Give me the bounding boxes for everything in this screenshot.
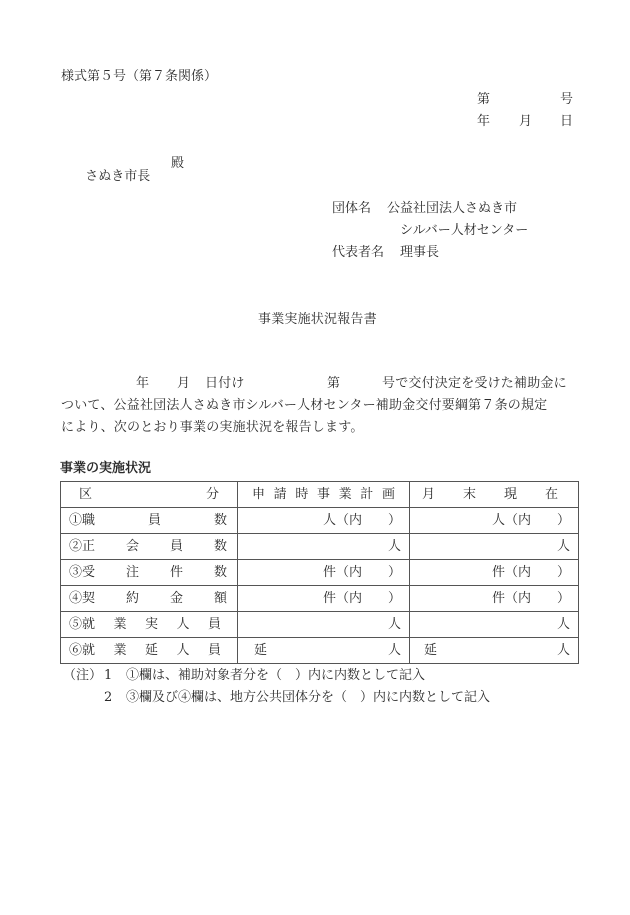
row-label: ④契 約 金 額 [61,586,238,612]
addressee: さぬき市長 殿 [77,157,150,196]
current-value-field[interactable]: 件（内） [410,586,579,612]
header-plan-char: 計 [360,488,373,501]
current-close-paren: ） [557,565,570,580]
label-char: ⑥就 [69,644,95,657]
header-current-char: 末 [463,488,476,501]
label-char: 数 [214,540,227,553]
rep-label: 代表者名 [332,246,384,259]
header-plan-char: 請 [274,488,287,501]
label-char: 実 [145,618,158,631]
table-header-row: 区 分 申 請 時 事 業 計 画 月 末 現 在 [61,482,579,508]
doc-number-suffix: 号 [560,93,573,106]
current-unit: 人 [557,617,570,632]
current-value-field[interactable]: 延 人 [410,638,579,664]
header-plan-char: 業 [339,488,352,501]
label-char: 注 [126,566,139,579]
label-char: 金 [170,592,183,605]
doc-number-prefix: 第 [477,93,490,106]
header-plan-char: 時 [295,488,308,501]
label-char: 員 [170,540,183,553]
current-value-field[interactable]: 人 [410,534,579,560]
row-label: ②正 会 員 数 [61,534,238,560]
label-char: 人 [176,618,189,631]
plan-unit: 件（内 [323,565,362,580]
header-category: 区 分 [61,482,238,508]
row-label: ③受 注 件 数 [61,560,238,586]
label-char: 員 [148,514,161,527]
rep-title: 理事長 [400,246,439,259]
header-plan-char: 申 [252,488,265,501]
page-title: 事業実施状況報告書 [258,313,377,326]
body-year: 年 [136,377,149,390]
header-category-char: 分 [206,488,219,501]
label-char: 数 [214,514,227,527]
plan-close-paren: ） [388,513,401,528]
date-month: 月 [519,115,532,128]
organization-block: 団体名 公益社団法人さぬき市 シルバー人材センター 代表者名 理事長 [332,202,572,272]
plan-value-field[interactable]: 件（内） [238,586,410,612]
label-char: ②正 [69,540,95,553]
note-text: ③欄及び④欄は、地方公共団体分を（ ）内に内数として記入 [126,691,490,704]
current-unit: 人 [557,539,570,554]
table-row: ⑥就 業 延 人 員 延 人 延 人 [61,638,579,664]
current-value-field[interactable]: 人（内） [410,508,579,534]
plan-close-paren: ） [388,591,401,606]
document-number: 第 号 [477,93,572,108]
label-char: 延 [145,644,158,657]
plan-close-paren: ） [388,565,401,580]
plan-value-field[interactable]: 件（内） [238,560,410,586]
label-char: 人 [176,644,189,657]
label-char: 件 [170,566,183,579]
table-row: ②正 会 員 数 人 人 [61,534,579,560]
notes: （注） 1 ①欄は、補助対象者分を（ ）内に内数として記入 2 ③欄及び④欄は、… [63,669,583,709]
current-unit: 件（内 [492,565,531,580]
plan-unit: 件（内 [323,591,362,606]
label-char: 約 [126,592,139,605]
label-char: 額 [214,592,227,605]
header-plan-char: 画 [382,488,395,501]
plan-unit: 人 [388,539,401,554]
plan-prefix: 延 [254,644,267,657]
plan-value-field[interactable]: 人（内） [238,508,410,534]
current-unit: 件（内 [492,591,531,606]
label-char: 業 [113,644,126,657]
header-current-char: 現 [504,488,517,501]
body-line1-rest: 号で交付決定を受けた補助金に [382,377,567,390]
header-category-char: 区 [79,488,92,501]
label-char: 会 [126,540,139,553]
body-day-dated: 日付け [205,377,245,390]
label-char: ⑤就 [69,618,95,631]
row-label: ⑥就 業 延 人 員 [61,638,238,664]
header-plan: 申 請 時 事 業 計 画 [238,482,410,508]
body-month: 月 [177,377,190,390]
header-plan-char: 事 [317,488,330,501]
note-number: 1 [104,669,112,682]
addressee-honorific: 殿 [171,157,184,170]
current-close-paren: ） [557,513,570,528]
addressee-name: さぬき市長 [85,169,150,184]
current-close-paren: ） [557,591,570,606]
label-char: 数 [214,566,227,579]
date-year: 年 [477,115,490,128]
current-value-field[interactable]: 人 [410,612,579,638]
plan-value-field[interactable]: 人 [238,534,410,560]
note-number: 2 [104,691,112,704]
table-row: ④契 約 金 額 件（内） 件（内） [61,586,579,612]
plan-value-field[interactable]: 人 [238,612,410,638]
form-number: 様式第５号（第７条関係） [61,70,217,83]
header-current-char: 月 [422,488,435,501]
plan-unit: 人 [388,617,401,632]
org-label: 団体名 [332,202,371,215]
row-label: ⑤就 業 実 人 員 [61,612,238,638]
label-char: ③受 [69,566,95,579]
org-name-line1: 公益社団法人さぬき市 [387,202,517,215]
label-char: 業 [113,618,126,631]
current-unit: 人 [557,644,570,657]
row-label: ①職 員 数 [61,508,238,534]
current-value-field[interactable]: 件（内） [410,560,579,586]
label-char: ④契 [69,592,95,605]
date-day: 日 [560,115,573,128]
notes-label: （注） [63,669,102,682]
org-name-line2: シルバー人材センター [400,224,528,237]
status-table: 区 分 申 請 時 事 業 計 画 月 末 現 在 [60,481,579,664]
label-char: ①職 [69,514,95,527]
table-row: ①職 員 数 人（内） 人（内） [61,508,579,534]
label-char: 員 [208,644,221,657]
body-line2: ついて、公益社団法人さぬき市シルバー人材センター補助金交付要綱第７条の規定 [61,399,547,412]
document-date: 年 月 日 [477,115,572,130]
body-line3: により、次のとおり事業の実施状況を報告します。 [61,421,364,434]
current-unit: 人（内 [492,513,531,528]
plan-unit: 人 [388,644,401,657]
plan-unit: 人（内 [323,513,362,528]
table-row: ⑤就 業 実 人 員 人 人 [61,612,579,638]
header-current: 月 末 現 在 [410,482,579,508]
label-char: 員 [208,618,221,631]
plan-value-field[interactable]: 延 人 [238,638,410,664]
table-row: ③受 注 件 数 件（内） 件（内） [61,560,579,586]
header-current-char: 在 [545,488,558,501]
current-prefix: 延 [424,644,437,657]
note-text: ①欄は、補助対象者分を（ ）内に内数として記入 [126,669,425,682]
body-dai: 第 [327,377,340,390]
section-title: 事業の実施状況 [60,462,151,475]
